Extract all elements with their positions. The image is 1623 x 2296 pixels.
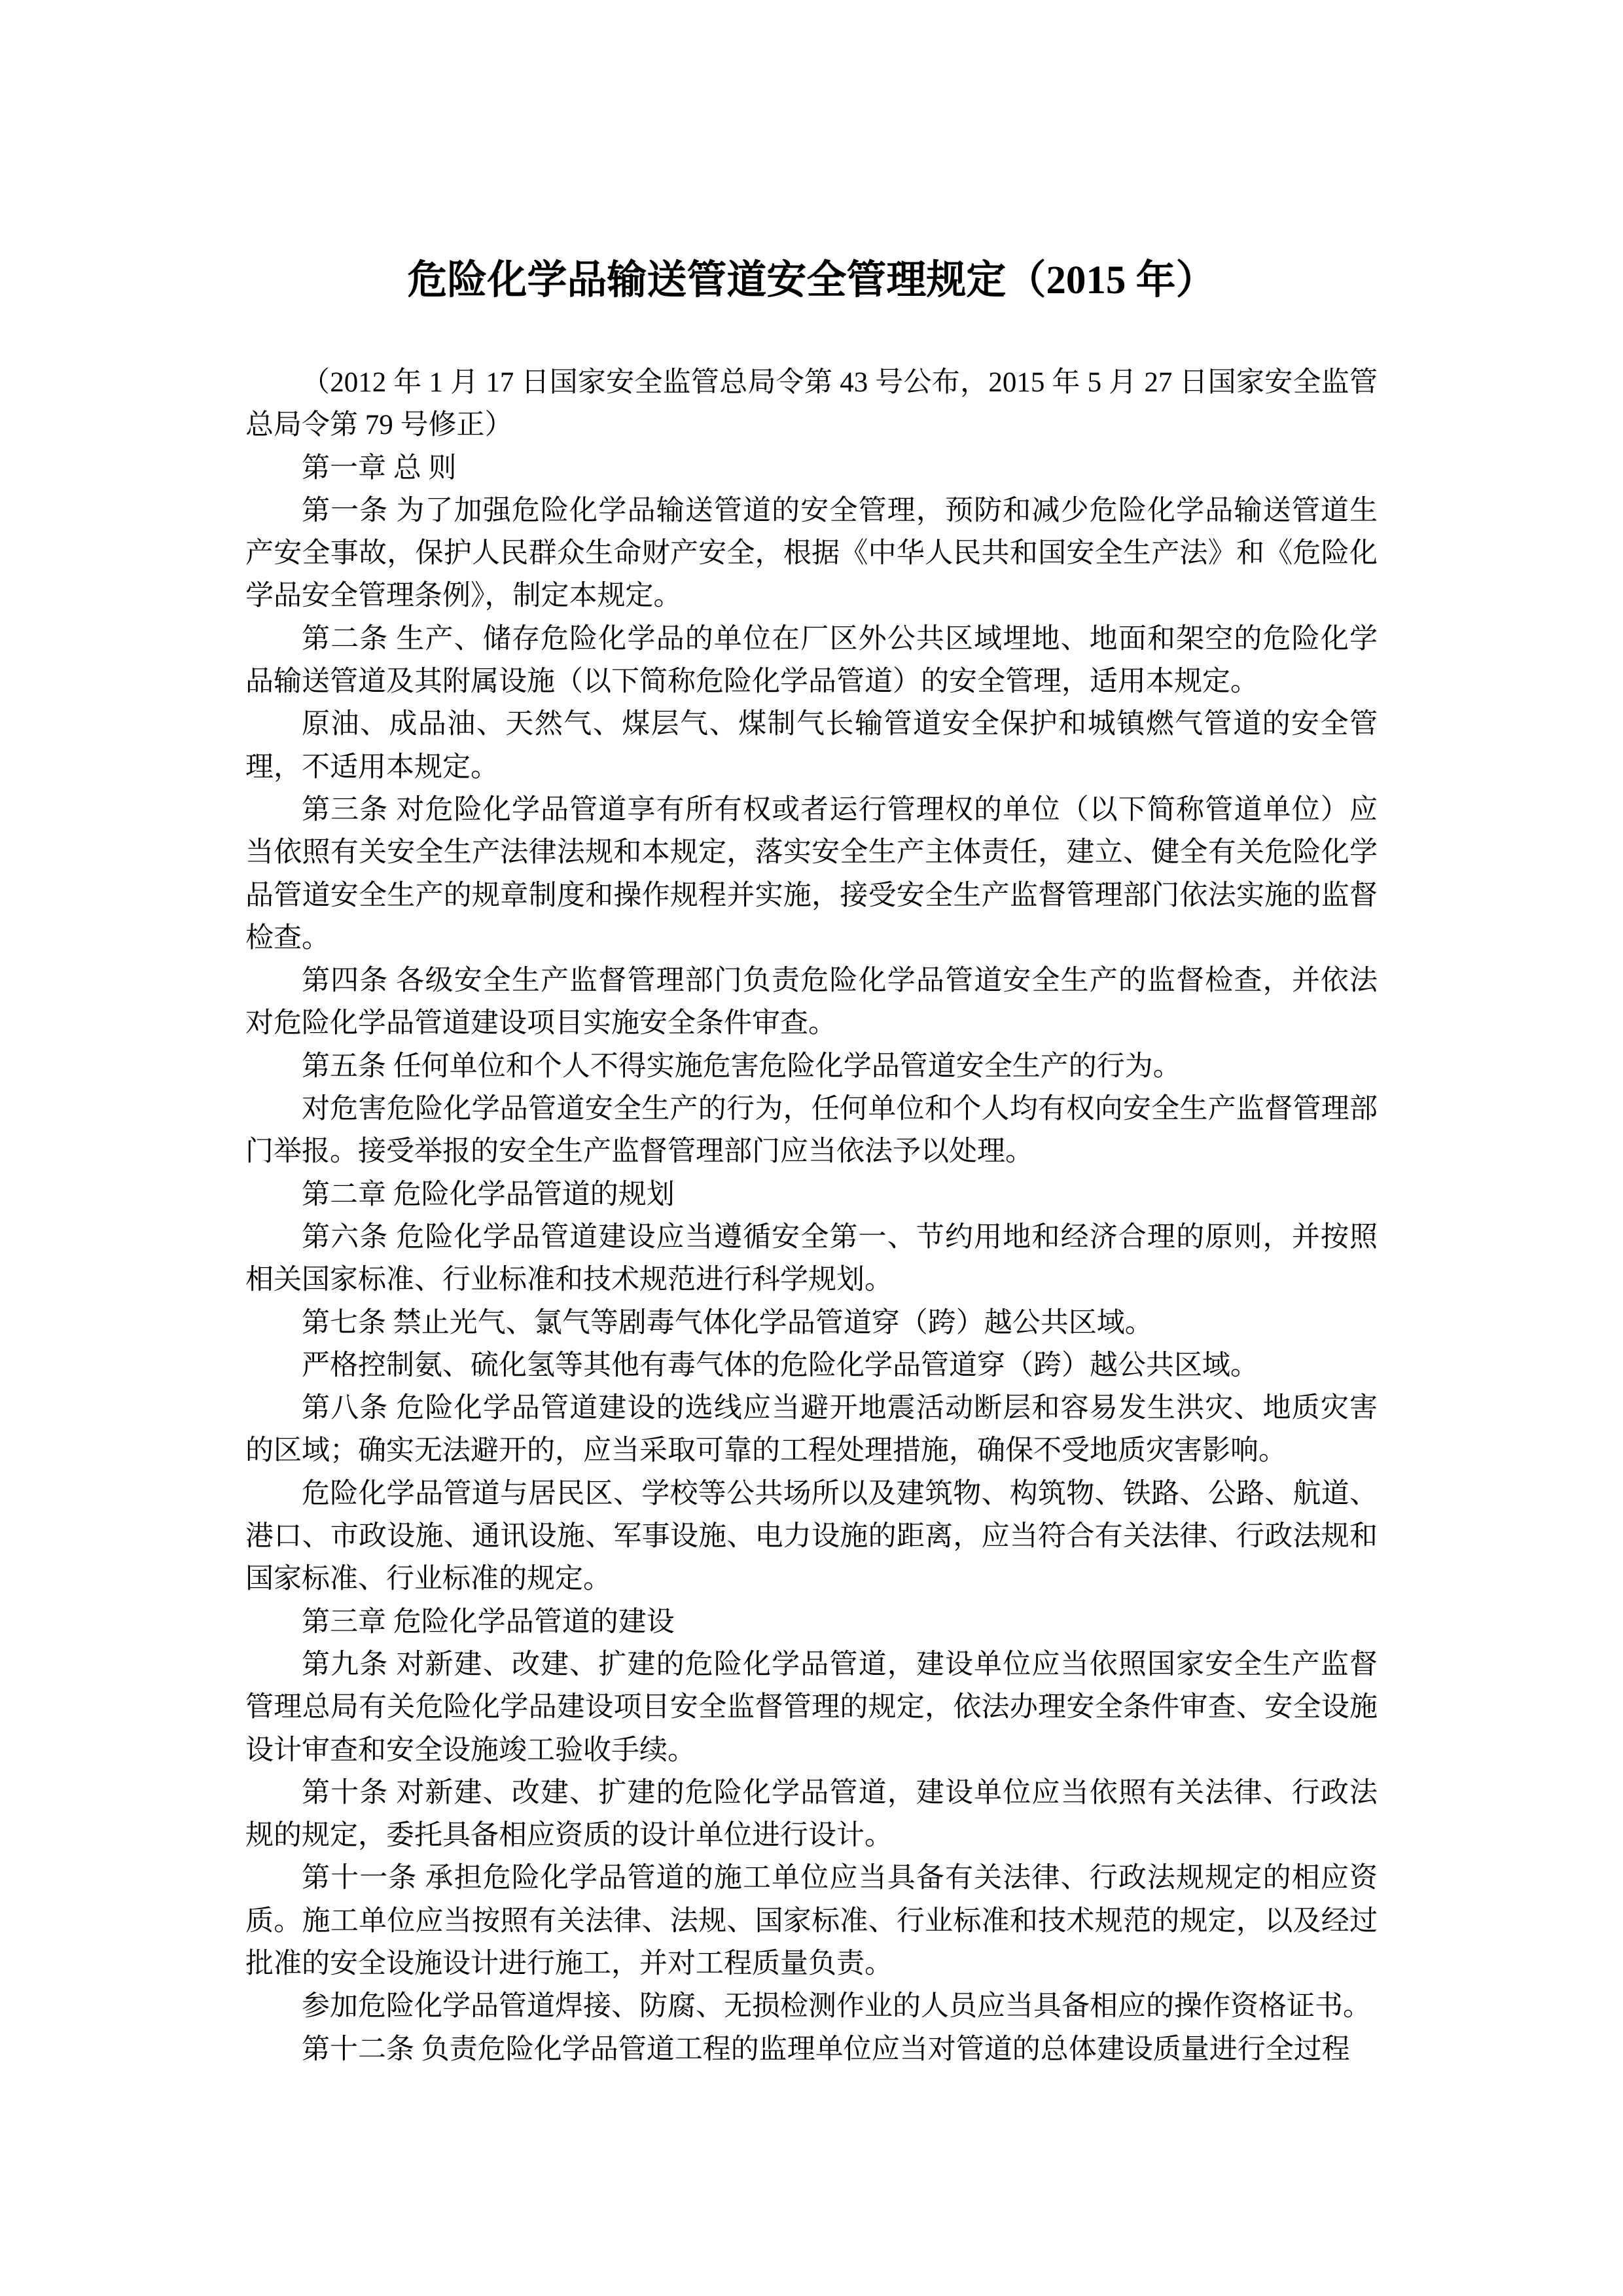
paragraph-article-9: 第九条 对新建、改建、扩建的危险化学品管道，建设单位应当依照国家安全生产监督管理… <box>245 1643 1378 1772</box>
paragraph-article-5: 第五条 任何单位和个人不得实施危害危险化学品管道安全生产的行为。 <box>245 1045 1378 1088</box>
paragraph-article-7: 第七条 禁止光气、氯气等剧毒气体化学品管道穿（跨）越公共区域。 <box>245 1302 1378 1344</box>
paragraph-article-1: 第一条 为了加强危险化学品输送管道的安全管理，预防和减少危险化学品输送管道生产安… <box>245 490 1378 618</box>
paragraph-article-3: 第三条 对危险化学品管道享有所有权或者运行管理权的单位（以下简称管道单位）应当依… <box>245 789 1378 960</box>
document-title: 危险化学品输送管道安全管理规定（2015 年） <box>245 259 1378 302</box>
paragraph-article-8-cont: 危险化学品管道与居民区、学校等公共场所以及建筑物、构筑物、铁路、公路、航道、港口… <box>245 1473 1378 1601</box>
paragraph-article-6: 第六条 危险化学品管道建设应当遵循安全第一、节约用地和经济合理的原则，并按照相关… <box>245 1216 1378 1302</box>
paragraph-article-10: 第十条 对新建、改建、扩建的危险化学品管道，建设单位应当依照有关法律、行政法规的… <box>245 1772 1378 1857</box>
paragraph-article-12: 第十二条 负责危险化学品管道工程的监理单位应当对管道的总体建设质量进行全过程 <box>245 2028 1378 2071</box>
chapter-heading-2: 第二章 危险化学品管道的规划 <box>245 1174 1378 1216</box>
document-page: 危险化学品输送管道安全管理规定（2015 年） （2012 年 1 月 17 日… <box>0 0 1623 2296</box>
paragraph-article-8: 第八条 危险化学品管道建设的选线应当避开地震活动断层和容易发生洪灾、地质灾害的区… <box>245 1387 1378 1473</box>
chapter-heading-1: 第一章 总 则 <box>245 447 1378 490</box>
document-body: （2012 年 1 月 17 日国家安全监管总局令第 43 号公布，2015 年… <box>245 361 1378 2071</box>
paragraph-publication-note: （2012 年 1 月 17 日国家安全监管总局令第 43 号公布，2015 年… <box>245 361 1378 447</box>
paragraph-article-11-cont: 参加危险化学品管道焊接、防腐、无损检测作业的人员应当具备相应的操作资格证书。 <box>245 1985 1378 2028</box>
paragraph-article-5-cont: 对危害危险化学品管道安全生产的行为，任何单位和个人均有权向安全生产监督管理部门举… <box>245 1088 1378 1174</box>
paragraph-article-2: 第二条 生产、储存危险化学品的单位在厂区外公共区域埋地、地面和架空的危险化学品输… <box>245 618 1378 704</box>
paragraph-article-4: 第四条 各级安全生产监督管理部门负责危险化学品管道安全生产的监督检查，并依法对危… <box>245 960 1378 1045</box>
paragraph-article-11: 第十一条 承担危险化学品管道的施工单位应当具备有关法律、行政法规规定的相应资质。… <box>245 1857 1378 1985</box>
chapter-heading-3: 第三章 危险化学品管道的建设 <box>245 1601 1378 1643</box>
paragraph-article-2-cont: 原油、成品油、天然气、煤层气、煤制气长输管道安全保护和城镇燃气管道的安全管理，不… <box>245 703 1378 789</box>
paragraph-article-7-cont: 严格控制氨、硫化氢等其他有毒气体的危险化学品管道穿（跨）越公共区域。 <box>245 1344 1378 1387</box>
